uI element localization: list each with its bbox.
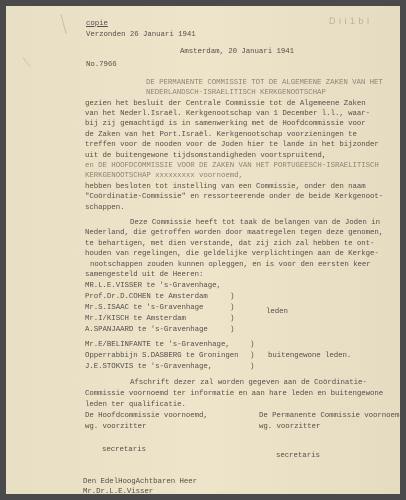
member-name: Mr.I/KISCH te Amsterdam — [85, 315, 186, 324]
archive-stamp: D i i 1 b l — [329, 16, 370, 26]
body-line: hebben besloten tot instelling van een C… — [85, 183, 366, 192]
signature-left-chair: wg. voorzitter — [85, 423, 146, 432]
task-line: nootschappen zouden kunnen opleggen, en … — [90, 261, 371, 270]
body-line: van het Nederl.Israël. Kerkgenootschap v… — [85, 110, 370, 119]
member-name: A.SPANJAARD te 's-Gravenhage — [85, 326, 208, 335]
member-name: MR.L.E.VISSER te 's-Gravenhage, — [85, 282, 221, 291]
addressee-line: NEDERLANDSCH-ISRAELITISCH KERKGENOOTSCHA… — [146, 89, 326, 98]
body-line: schappen. — [85, 204, 124, 213]
task-line: houden van regelingen, die geldelijke ve… — [85, 250, 379, 259]
document-page: D i i 1 b l copie Verzonden 26 Januari 1… — [6, 6, 400, 494]
place-date: Amsterdam, 20 Januari 1941 — [180, 48, 294, 57]
body-line: de Zaken van het Port.Israël. Kerkgenoot… — [85, 131, 357, 140]
document-number: No.7966 — [86, 61, 117, 70]
addressee-line: DE PERMANENTE COMMISSIE TOT DE ALGEMEENE… — [146, 79, 383, 88]
bracket: ) — [230, 315, 234, 324]
copy-paragraph-line: leden ter qualificatie. — [85, 401, 186, 410]
signature-right-chair: wg. voorzitter — [259, 423, 320, 432]
body-line: KERKGENOOTSCHAP xxxxxxxxx voornoemd, — [85, 172, 243, 181]
bracket: ) — [230, 326, 234, 335]
member-name: Mr.S.ISAAC te 's-Gravenhage — [85, 304, 203, 313]
body-line: treffen voor de nooden voor de Joden hie… — [85, 141, 379, 150]
copy-paragraph-line: Commissie voornoemd ter informatie en aa… — [85, 390, 383, 399]
extraordinary-member-name: Opperrabbijn S.DASBERG te Groningen — [85, 352, 238, 361]
bracket: ) — [230, 304, 234, 313]
extraordinary-label: buitengewone leden. — [268, 352, 351, 361]
recipient-line: Mr.Dr.L.E.Visser — [83, 488, 153, 494]
signature-left-secretary: secretaris — [102, 446, 146, 455]
copy-label: copie — [86, 20, 108, 29]
signature-right-secretary: secretaris — [276, 452, 320, 461]
bracket: ) — [250, 363, 254, 372]
bracket: ) — [250, 341, 254, 350]
bracket: ) — [250, 352, 254, 361]
task-line: samengesteld uit de Heeren: — [85, 271, 203, 280]
signature-left-title: De Hoofdcommissie voornoemd, — [85, 412, 208, 421]
body-line: gezien het besluit der Centrale Commissi… — [85, 100, 366, 109]
body-line: "Coördinatie-Commissie" en ressorteerend… — [85, 193, 383, 202]
task-line: Nederland, die getroffen worden door maa… — [85, 229, 383, 238]
body-line: bij zij gemachtigd is in samenwerking me… — [85, 120, 366, 129]
body-line: uit de buitengewone tijdsomstandigheden … — [85, 152, 326, 161]
bracket: ) — [230, 293, 234, 302]
copy-paragraph-line: Afschrift dezer zal worden gegeven aan d… — [130, 379, 367, 388]
pencil-mark — [60, 14, 66, 34]
extraordinary-member-name: J.E.STOKVIS te 's-Gravenhage, — [85, 363, 212, 372]
sent-date: Verzonden 26 Januari 1941 — [86, 31, 196, 40]
extraordinary-member-name: Mr.E/BELINFANTE te 's-Gravenhage, — [85, 341, 230, 350]
signature-right-title: De Permanente Commissie voornoemd — [259, 412, 400, 421]
task-line: Deze Commissie heeft tot taak de belange… — [130, 219, 380, 228]
member-name: Prof.Dr.D.COHEN te Amsterdam — [85, 293, 208, 302]
task-line: te behartigen, met dien verstande, dat z… — [85, 240, 374, 249]
recipient-line: Den EdelHoogAchtbaren Heer — [83, 478, 197, 487]
members-label: leden — [266, 308, 288, 317]
pencil-mark — [22, 57, 30, 67]
body-line: en DE HOOFDCOMMISSIE VOOR DE ZAKEN VAN H… — [85, 162, 379, 171]
